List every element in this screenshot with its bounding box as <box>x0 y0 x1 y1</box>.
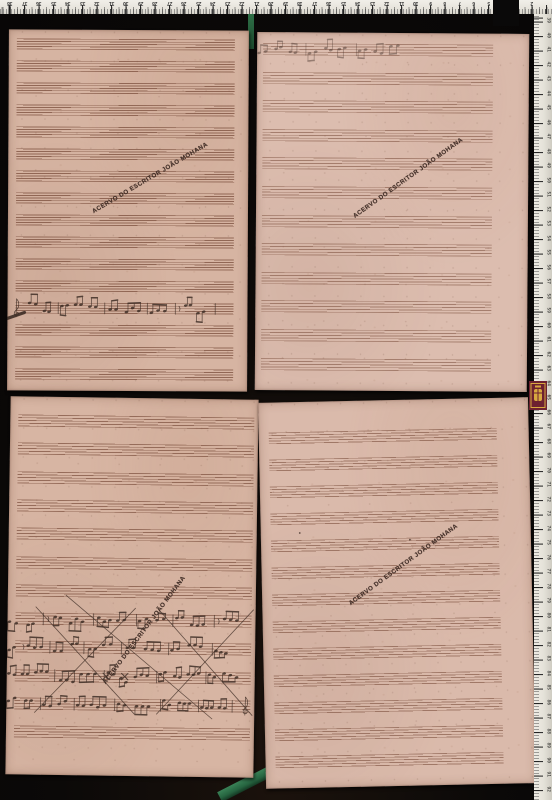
ruler-number: 75 <box>543 540 552 549</box>
ruler-number: 34 <box>62 0 74 6</box>
ruler-number: 11 <box>396 0 408 6</box>
ruler-number: 83 <box>543 656 552 665</box>
ruler-number: 82 <box>543 641 552 650</box>
staff <box>270 482 498 498</box>
staff <box>17 471 253 486</box>
ruler-number: 88 <box>543 728 552 737</box>
ruler-number: 59 <box>543 308 552 317</box>
staff <box>16 214 234 226</box>
ruler-number: 54 <box>543 235 552 244</box>
ruler-number: 48 <box>543 148 552 157</box>
staff <box>16 280 234 292</box>
ruler-number: 8 <box>439 0 451 6</box>
ruler-number: 71 <box>543 482 552 491</box>
staff <box>263 72 493 86</box>
staff <box>271 536 499 552</box>
staff <box>16 584 252 599</box>
ruler-horizontal: 3837363534333231302928272625242322212019… <box>0 0 552 14</box>
staff <box>262 215 492 229</box>
ruler-number: 84 <box>543 670 552 679</box>
staff <box>262 243 492 257</box>
ruler-number: 91 <box>543 772 552 781</box>
ruler-number: 89 <box>543 743 552 752</box>
ruler-number: 68 <box>543 438 552 447</box>
ruler-number: 66 <box>543 409 552 418</box>
staff <box>273 617 501 633</box>
ruler-number: 32 <box>91 0 103 6</box>
ruler-number: 24 <box>207 0 219 6</box>
ruler-number: 42 <box>543 61 552 70</box>
ruler-number: 81 <box>543 627 552 636</box>
staff-lines <box>257 32 529 34</box>
ruler-number: 77 <box>543 569 552 578</box>
ruler-number: 45 <box>543 105 552 114</box>
ruler-number: 31 <box>106 0 118 6</box>
ruler-number: 26 <box>178 0 190 6</box>
ruler-number: 18 <box>294 0 306 6</box>
ruler-number: 21 <box>251 0 263 6</box>
ruler-end-cap <box>493 0 519 26</box>
staff <box>261 272 491 286</box>
ruler-number: 33 <box>77 0 89 6</box>
staff <box>261 358 491 372</box>
staff-lines <box>11 396 259 399</box>
manuscript-page-top-right: ACERVO DO ESCRITOR JOÃO MOHANA <box>255 32 529 392</box>
staff <box>14 726 250 741</box>
ruler-number: 23 <box>222 0 234 6</box>
staff <box>262 157 492 171</box>
staff <box>274 698 502 714</box>
ruler-number: 35 <box>48 0 60 6</box>
staff <box>15 669 251 684</box>
staff <box>273 644 501 660</box>
ruler-number: 55 <box>543 250 552 259</box>
ruler-number: 29 <box>135 0 147 6</box>
ruler-number: 73 <box>543 511 552 520</box>
ruler-number: 90 <box>543 757 552 766</box>
ruler-number: 39 <box>543 18 552 27</box>
staff <box>16 104 234 116</box>
ruler-number: 61 <box>543 337 552 346</box>
staff <box>272 590 500 606</box>
ruler-number: 7 <box>454 0 466 6</box>
ruler-number: 63 <box>543 366 552 375</box>
ruler-number: 19 <box>280 0 292 6</box>
ruler-number: 58 <box>543 293 552 302</box>
ruler-number: 56 <box>543 264 552 273</box>
ruler-number: 67 <box>543 424 552 433</box>
staff <box>275 752 503 768</box>
staff <box>14 697 250 712</box>
ruler-number: 28 <box>149 0 161 6</box>
ruler-number: 27 <box>164 0 176 6</box>
staff <box>18 414 254 429</box>
ruler-number: 17 <box>309 0 321 6</box>
staff <box>263 43 493 57</box>
staff <box>269 428 497 444</box>
staff <box>261 300 491 314</box>
ruler-number: 12 <box>381 0 393 6</box>
ruler-number: 30 <box>120 0 132 6</box>
ruler-number: 25 <box>193 0 205 6</box>
staff <box>275 725 503 741</box>
staff <box>17 60 235 72</box>
ruler-number: 53 <box>543 221 552 230</box>
ruler-number: 43 <box>543 76 552 85</box>
ruler-number: 62 <box>543 351 552 360</box>
staff <box>17 499 253 514</box>
staff <box>17 528 253 543</box>
ruler-number: 2 <box>526 0 538 6</box>
ruler-number: 80 <box>543 612 552 621</box>
ruler-number: 51 <box>543 192 552 201</box>
staff <box>15 346 233 358</box>
ruler-number: 72 <box>543 496 552 505</box>
staff <box>17 38 235 50</box>
staff <box>269 455 497 471</box>
staff <box>263 100 493 114</box>
staff <box>274 671 502 687</box>
staff <box>15 368 233 380</box>
ruler-number: 57 <box>543 279 552 288</box>
ruler-number: 20 <box>265 0 277 6</box>
ruler-number: 38 <box>4 0 16 6</box>
ruler-number: 44 <box>543 90 552 99</box>
ruler-number: 69 <box>543 453 552 462</box>
staff <box>16 170 234 182</box>
crest-icon <box>529 381 547 410</box>
ruler-number: 36 <box>33 0 45 6</box>
archive-stamp: ACERVO DO ESCRITOR JOÃO MOHANA <box>352 136 464 219</box>
ruler-number: 85 <box>543 685 552 694</box>
ruler-number: 87 <box>543 714 552 723</box>
ruler-number: 49 <box>543 163 552 172</box>
ruler-number: 79 <box>543 598 552 607</box>
ruler-cm-ticks <box>0 5 552 14</box>
ruler-number: 10 <box>410 0 422 6</box>
ruler-number: 6 <box>468 0 480 6</box>
ruler-number: 13 <box>367 0 379 6</box>
staff <box>15 302 233 314</box>
ruler-number: 76 <box>543 554 552 563</box>
ruler-number: 78 <box>543 583 552 592</box>
ruler-number: 16 <box>323 0 335 6</box>
ruler-number: 15 <box>338 0 350 6</box>
ruler-number: 14 <box>352 0 364 6</box>
ruler-number: 52 <box>543 206 552 215</box>
staff <box>16 258 234 270</box>
ruler-number: 86 <box>543 699 552 708</box>
ruler-number: 50 <box>543 177 552 186</box>
staff <box>270 509 498 525</box>
ruler-number: 22 <box>236 0 248 6</box>
staff <box>16 126 234 138</box>
ruler-number: 41 <box>543 47 552 56</box>
ruler-number: 9 <box>425 0 437 6</box>
staff <box>261 329 491 343</box>
manuscript-page-bottom-left: ACERVO DO ESCRITOR JOÃO MOHANA <box>5 396 258 777</box>
staff <box>17 82 235 94</box>
ruler-number: 37 <box>19 0 31 6</box>
ruler-number: 92 <box>543 786 552 795</box>
staff-lines <box>258 397 528 403</box>
ruler-number: 70 <box>543 467 552 476</box>
manuscript-page-top-left: ACERVO DO ESCRITOR JOÃO MOHANA <box>7 29 249 391</box>
staff-lines <box>9 29 249 30</box>
staff <box>18 443 254 458</box>
ruler-number: 60 <box>543 322 552 331</box>
staff <box>16 236 234 248</box>
manuscript-page-bottom-right: ACERVO DO ESCRITOR JOÃO MOHANA <box>258 397 536 789</box>
ruler-number: 74 <box>543 525 552 534</box>
ruler-number: 47 <box>543 134 552 143</box>
staff <box>16 556 252 571</box>
ruler-number: 46 <box>543 119 552 128</box>
photo-of-manuscripts: ACERVO DO ESCRITOR JOÃO MOHANA ACERVO DO… <box>0 0 552 800</box>
staff <box>15 324 233 336</box>
staff <box>15 612 251 627</box>
ruler-number: 40 <box>543 32 552 41</box>
